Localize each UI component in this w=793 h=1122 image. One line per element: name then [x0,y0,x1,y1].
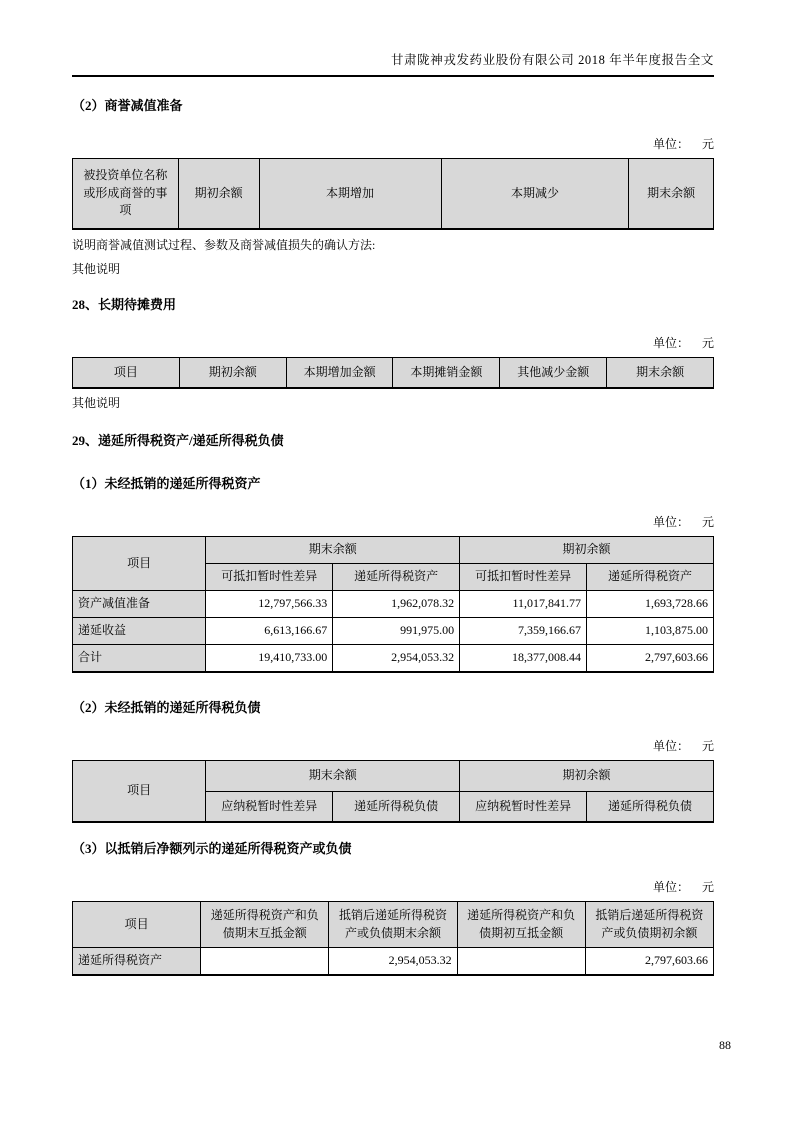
ua-group-opening: 期初余额 [460,537,714,564]
unit-label: 单位： [653,136,689,153]
row-label: 递延收益 [73,618,206,645]
ul-group-closing: 期末余额 [206,760,460,791]
heading-unoffset-assets: （1）未经抵销的递延所得税资产 [72,475,714,492]
ul-sub-taxable-end: 应纳税暂时性差异 [206,791,333,822]
unit-currency: 元 [702,879,714,896]
goodwill-note-method: 说明商誉减值测试过程、参数及商誉减值损失的确认方法: [72,237,714,254]
row-label: 资产减值准备 [73,591,206,618]
lte-col-amortized: 本期摊销金额 [393,357,500,388]
row-label: 合计 [73,645,206,672]
table-row-total: 合计 19,410,733.00 2,954,053.32 18,377,008… [73,645,714,672]
cell-value: 2,797,603.66 [587,645,714,672]
ua-sub-asset-begin: 递延所得税资产 [587,564,714,591]
unoffset-liabilities-table: 项目 期末余额 期初余额 应纳税暂时性差异 递延所得税负债 应纳税暂时性差异 递… [72,760,714,824]
net-presentation-table: 项目 递延所得税资产和负债期末互抵金额 抵销后递延所得税资产或负债期末余额 递延… [72,901,714,976]
unit-currency: 元 [702,335,714,352]
goodwill-col-decrease: 本期减少 [441,159,629,229]
ul-sub-liability-begin: 递延所得税负债 [587,791,714,822]
np-col-item: 项目 [73,902,201,948]
ul-sub-liability-end: 递延所得税负债 [333,791,460,822]
goodwill-col-increase: 本期增加 [259,159,441,229]
ul-group-opening: 期初余额 [460,760,714,791]
cell-value: 19,410,733.00 [206,645,333,672]
unit-currency: 元 [702,514,714,531]
unit-note: 单位： 元 [72,136,714,153]
unoffset-assets-group-header-row: 项目 期末余额 期初余额 [73,537,714,564]
ua-col-item: 项目 [73,537,206,591]
unit-label: 单位： [653,738,689,755]
heading-net-presentation: （3）以抵销后净额列示的递延所得税资产或负债 [72,840,714,857]
page-number: 88 [719,1038,731,1053]
cell-value: 11,017,841.77 [460,591,587,618]
cell-value [201,948,329,975]
unoffset-assets-table: 项目 期末余额 期初余额 可抵扣暂时性差异 递延所得税资产 可抵扣暂时性差异 递… [72,536,714,673]
cell-value: 1,693,728.66 [587,591,714,618]
goodwill-note-other: 其他说明 [72,261,714,278]
net-presentation-header-row: 项目 递延所得税资产和负债期末互抵金额 抵销后递延所得税资产或负债期末余额 递延… [73,902,714,948]
cell-value: 2,797,603.66 [585,948,713,975]
row-label: 递延所得税资产 [73,948,201,975]
goodwill-header-row: 被投资单位名称或形成商誉的事项 期初余额 本期增加 本期减少 期末余额 [73,159,714,229]
unit-note: 单位： 元 [72,514,714,531]
unit-label: 单位： [653,335,689,352]
cell-value: 1,103,875.00 [587,618,714,645]
cell-value: 991,975.00 [333,618,460,645]
lte-col-item: 项目 [73,357,180,388]
cell-value [457,948,585,975]
long-term-expenses-header-row: 项目 期初余额 本期增加金额 本期摊销金额 其他减少金额 期末余额 [73,357,714,388]
long-term-expenses-table: 项目 期初余额 本期增加金额 本期摊销金额 其他减少金额 期末余额 [72,357,714,390]
cell-value: 6,613,166.67 [206,618,333,645]
ul-col-item: 项目 [73,760,206,822]
heading-goodwill-impairment: （2）商誉减值准备 [72,97,714,114]
unit-note: 单位： 元 [72,879,714,896]
unit-currency: 元 [702,738,714,755]
ua-group-closing: 期末余额 [206,537,460,564]
ul-sub-taxable-begin: 应纳税暂时性差异 [460,791,587,822]
goodwill-col-entity: 被投资单位名称或形成商誉的事项 [73,159,179,229]
goodwill-col-opening: 期初余额 [178,159,259,229]
cell-value: 12,797,566.33 [206,591,333,618]
lte-col-other-decrease: 其他减少金额 [500,357,607,388]
lte-note-other: 其他说明 [72,395,714,412]
heading-unoffset-liabilities: （2）未经抵销的递延所得税负债 [72,699,714,716]
unoffset-liabilities-group-header-row: 项目 期末余额 期初余额 [73,760,714,791]
cell-value: 1,962,078.32 [333,591,460,618]
table-row: 递延收益 6,613,166.67 991,975.00 7,359,166.6… [73,618,714,645]
unit-note: 单位： 元 [72,335,714,352]
np-col-offset-end: 递延所得税资产和负债期末互抵金额 [201,902,329,948]
cell-value: 2,954,053.32 [333,645,460,672]
lte-col-opening: 期初余额 [179,357,286,388]
goodwill-table: 被投资单位名称或形成商誉的事项 期初余额 本期增加 本期减少 期末余额 [72,158,714,230]
table-row: 递延所得税资产 2,954,053.32 2,797,603.66 [73,948,714,975]
unit-label: 单位： [653,514,689,531]
heading-deferred-tax: 29、递延所得税资产/递延所得税负债 [72,432,714,449]
unit-label: 单位： [653,879,689,896]
report-page: 甘肃陇神戎发药业股份有限公司 2018 年半年度报告全文 （2）商誉减值准备 单… [0,0,793,1122]
heading-long-term-expenses: 28、长期待摊费用 [72,296,714,313]
document-header: 甘肃陇神戎发药业股份有限公司 2018 年半年度报告全文 [72,52,714,77]
unit-currency: 元 [702,136,714,153]
cell-value: 2,954,053.32 [329,948,457,975]
goodwill-col-closing: 期末余额 [629,159,714,229]
table-row: 资产减值准备 12,797,566.33 1,962,078.32 11,017… [73,591,714,618]
np-col-offset-begin: 递延所得税资产和负债期初互抵金额 [457,902,585,948]
ua-sub-deductible-end: 可抵扣暂时性差异 [206,564,333,591]
lte-col-closing: 期末余额 [607,357,714,388]
cell-value: 7,359,166.67 [460,618,587,645]
unit-note: 单位： 元 [72,738,714,755]
cell-value: 18,377,008.44 [460,645,587,672]
ua-sub-deductible-begin: 可抵扣暂时性差异 [460,564,587,591]
document-title: 甘肃陇神戎发药业股份有限公司 2018 年半年度报告全文 [391,53,714,67]
np-col-net-begin: 抵销后递延所得税资产或负债期初余额 [585,902,713,948]
np-col-net-end: 抵销后递延所得税资产或负债期末余额 [329,902,457,948]
lte-col-increase: 本期增加金额 [286,357,393,388]
ua-sub-asset-end: 递延所得税资产 [333,564,460,591]
